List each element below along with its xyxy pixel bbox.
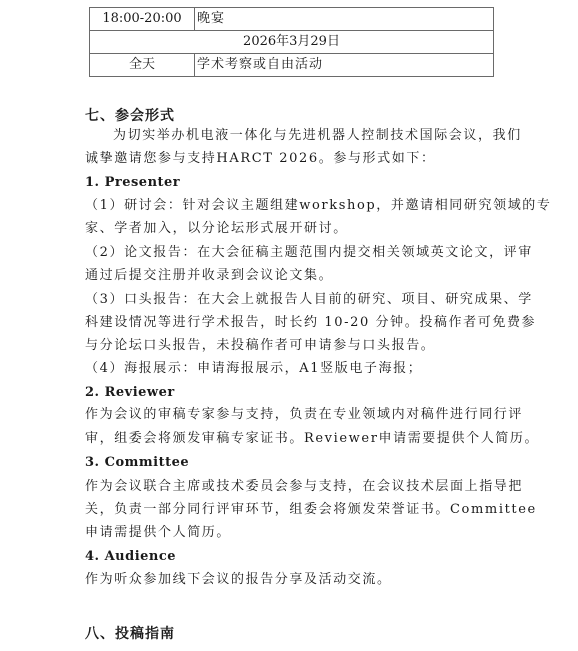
body-line: 通过后提交注册并收录到会议论文集。 <box>85 267 495 284</box>
table-row: 2026年3月29日 <box>90 31 494 54</box>
item-title-audience: 4. Audience <box>85 548 495 565</box>
schedule-table: 18:00-20:00 晚宴 2026年3月29日 全天 学术考察或自由活动 <box>89 7 494 77</box>
table-row: 全天 学术考察或自由活动 <box>90 54 494 77</box>
body-line: 作为听众参加线下会议的报告分享及活动交流。 <box>85 571 495 588</box>
item-title-reviewer: 2. Reviewer <box>85 384 495 401</box>
body-line: 作为会议联合主席或技术委员会参与支持，在会议技术层面上指导把 <box>85 478 495 495</box>
time-cell: 18:00-20:00 <box>90 8 195 31</box>
item-title-presenter: 1. Presenter <box>85 174 495 191</box>
section-heading: 八、投稿指南 <box>85 626 495 643</box>
body-line: （3）口头报告：在大会上就报告人目前的研究、项目、研究成果、学 <box>85 291 495 308</box>
intro-text: 为切实举办机电液一体化与先进机器人控制技术国际会议，我们 <box>113 127 523 144</box>
table-row: 18:00-20:00 晚宴 <box>90 8 494 31</box>
body-line: （1）研讨会：针对会议主题组建workshop，并邀请相同研究领域的专 <box>85 197 495 214</box>
intro-text: 诚挚邀请您参与支持HARCT 2026。参与形式如下： <box>85 150 495 167</box>
time-cell: 全天 <box>90 54 195 77</box>
item-title-committee: 3. Committee <box>85 454 495 471</box>
body-line: 审，组委会将颁发审稿专家证书。Reviewer申请需要提供个人简历。 <box>85 430 495 447</box>
body-line: 科建设情况等进行学术报告，时长约 10-20 分钟。投稿作者可免费参 <box>85 314 495 331</box>
document-page: 18:00-20:00 晚宴 2026年3月29日 全天 学术考察或自由活动 七… <box>0 0 578 651</box>
body-line: 与分论坛口头报告，未投稿作者可申请参与口头报告。 <box>85 337 495 354</box>
section-heading: 七、参会形式 <box>85 108 495 125</box>
event-cell: 晚宴 <box>195 8 494 31</box>
event-cell: 学术考察或自由活动 <box>195 54 494 77</box>
body-line: 关，负责一部分同行评审环节，组委会将颁发荣誉证书。Committee <box>85 501 495 518</box>
date-cell: 2026年3月29日 <box>90 31 494 54</box>
body-line: （2）论文报告：在大会征稿主题范围内提交相关领域英文论文，评审 <box>85 244 495 261</box>
body-line: 申请需提供个人简历。 <box>85 524 495 541</box>
body-line: （4）海报展示：申请海报展示，A1竖版电子海报； <box>85 360 495 377</box>
body-line: 家、学者加入，以分论坛形式展开研讨。 <box>85 220 495 237</box>
body-line: 作为会议的审稿专家参与支持，负责在专业领域内对稿件进行同行评 <box>85 406 495 423</box>
